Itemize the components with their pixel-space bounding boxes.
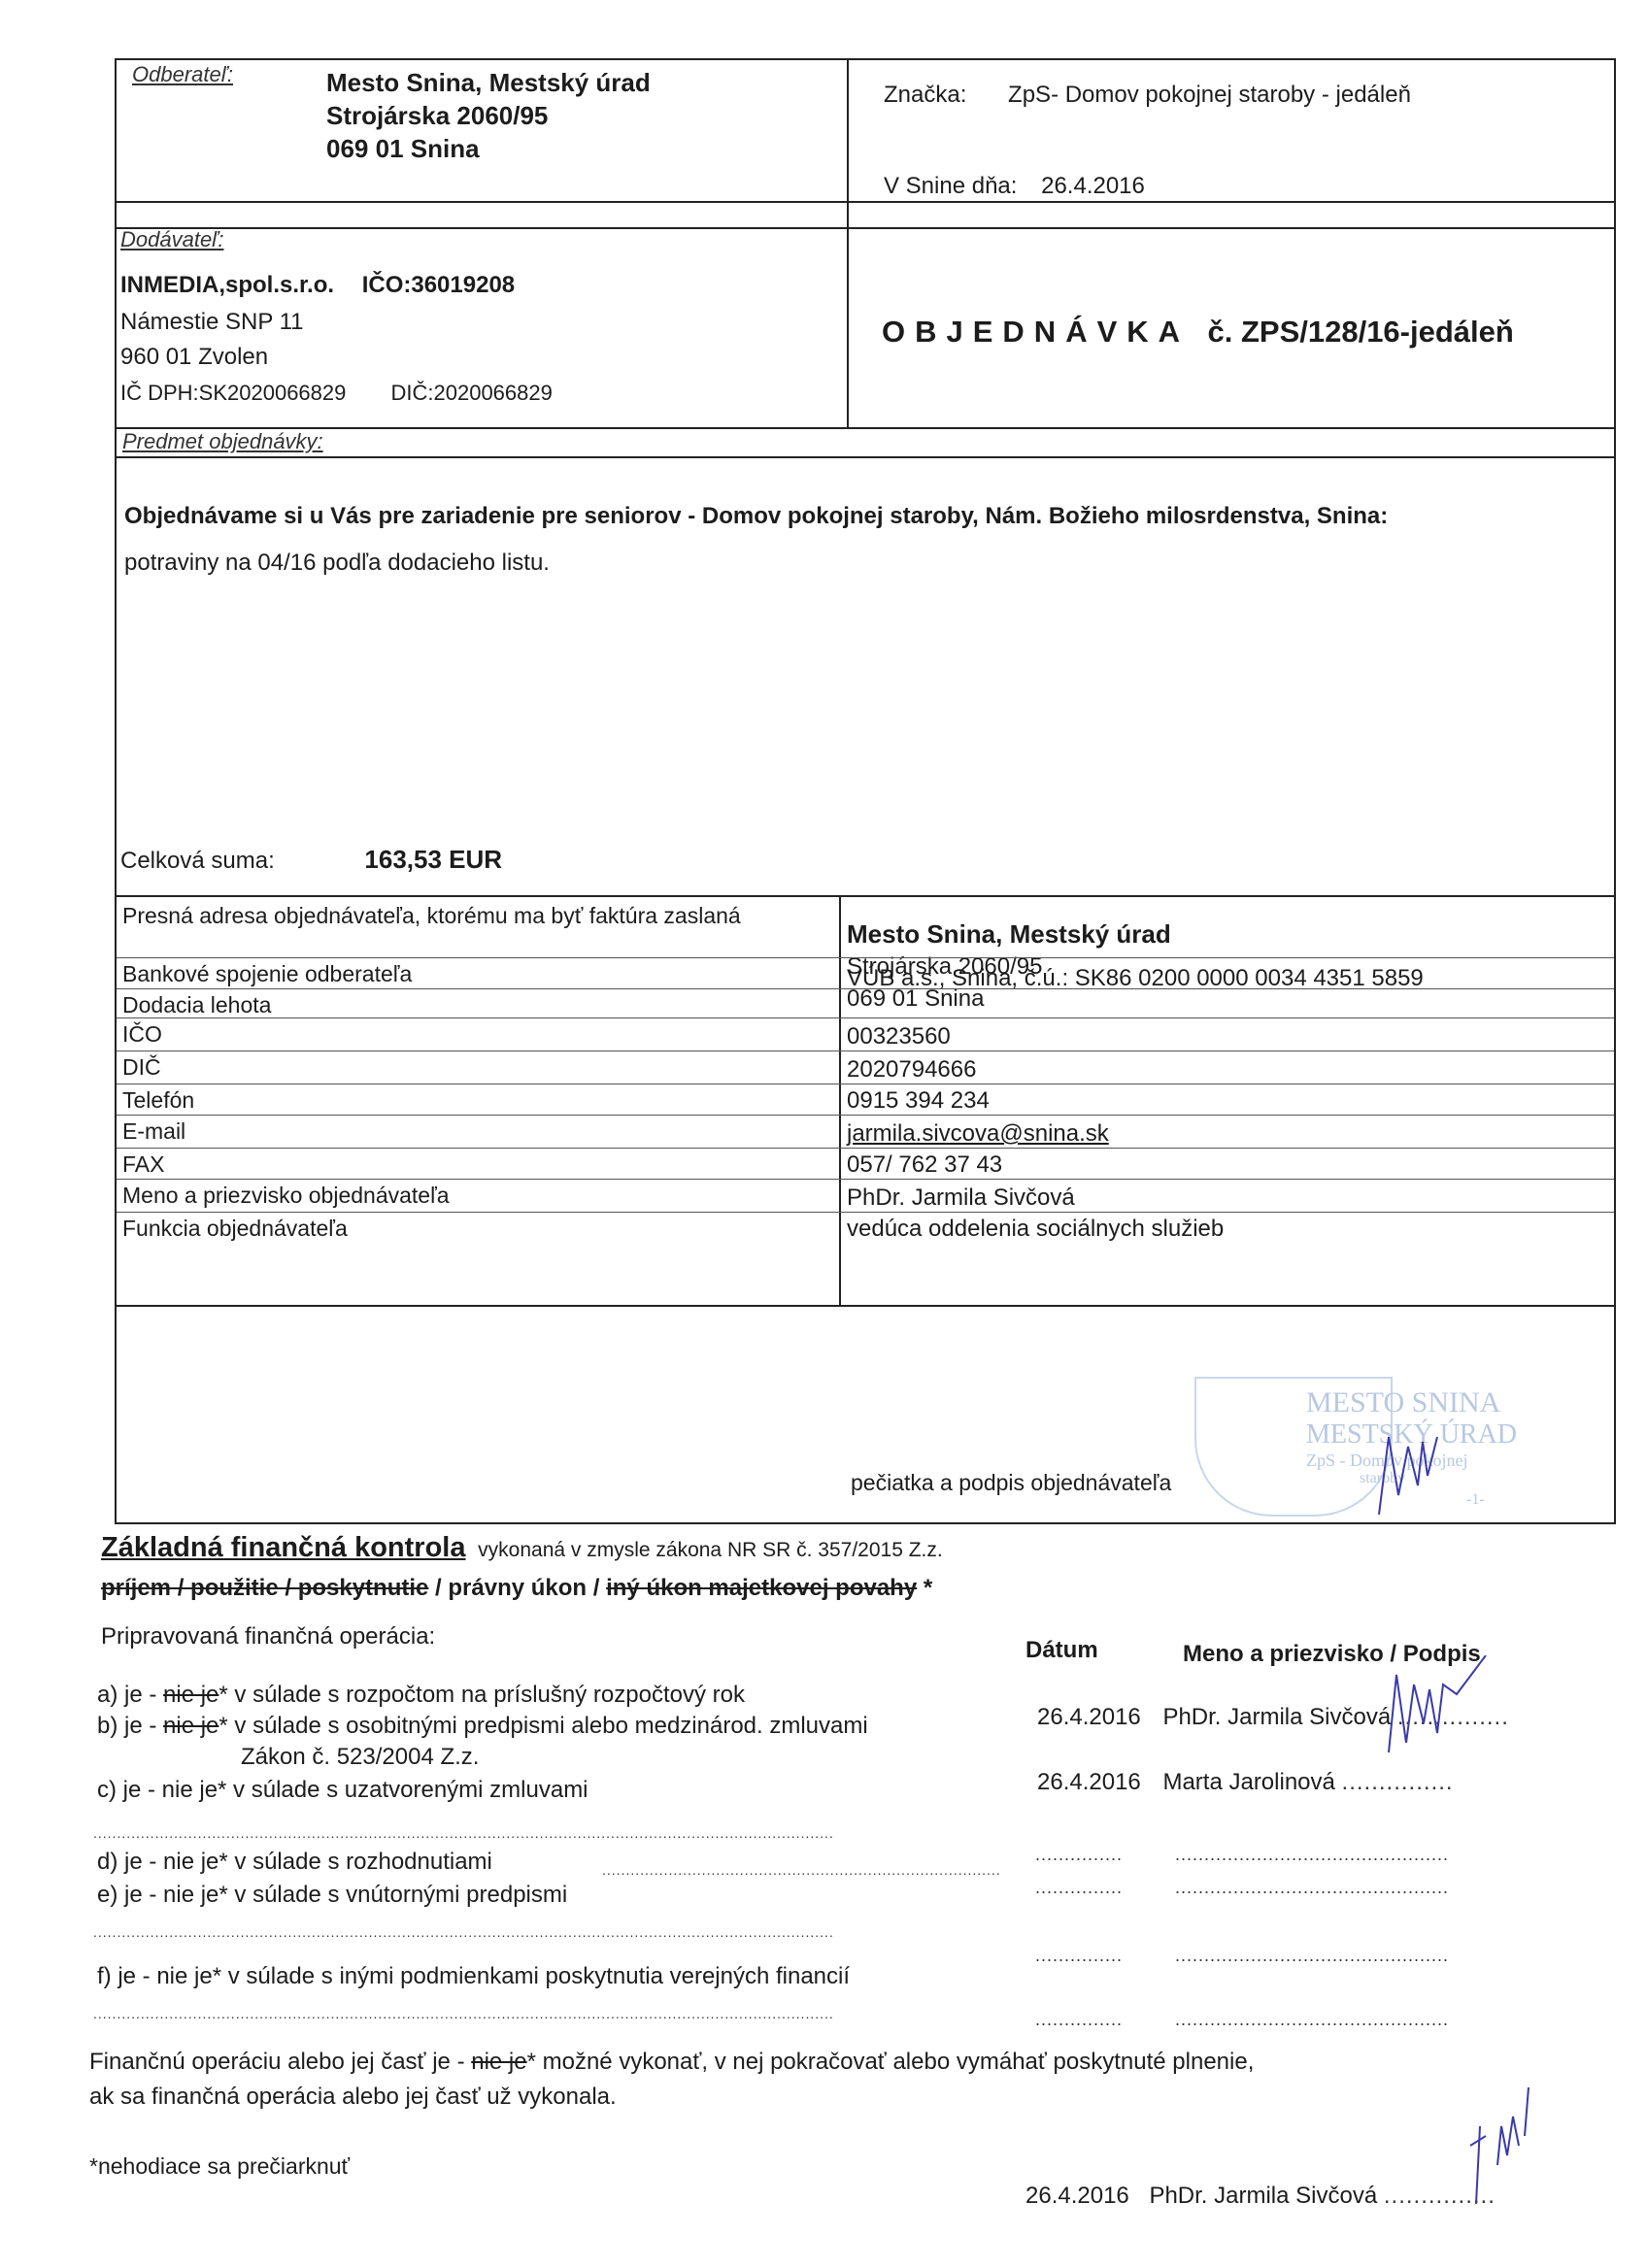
signer-name: PhDr. Jarmila Sivčová [1162,1704,1391,1730]
row-divider [117,1115,1614,1116]
detail-row-value: 057/ 762 37 43 [847,1151,1002,1179]
row-divider [117,957,1614,958]
total-field: Celková suma: 163,53 EUR [120,845,502,875]
dodavatel-city: 960 01 Zvolen [120,344,268,371]
detail-row-label: Funkcia objednávateľa [122,1216,348,1242]
name-placeholder: ........................................… [1175,2010,1449,2030]
detail-row-label: IČO [122,1021,162,1048]
name-placeholder: ........................................… [1175,1878,1449,1898]
operation-type-struck: iný úkon majetkovej povahy [606,1575,917,1601]
control-item: e) je - nie je* v súlade s vnútornými pr… [97,1882,567,1909]
control-item: Zákon č. 523/2004 Z.z. [241,1744,479,1771]
date-placeholder: ............... [1035,2010,1123,2030]
stamp-line: -1- [1466,1491,1485,1509]
signature-icon [1457,2087,1534,2214]
col-date-header: Dátum [1025,1637,1098,1664]
dodavatel-icdph: IČ DPH:SK2020066829 [120,381,346,405]
signature-icon [1369,1417,1447,1534]
control-item: b) je - nie je* v súlade s osobitnými pr… [97,1713,868,1740]
final-name: PhDr. Jarmila Sivčová [1149,2183,1377,2209]
subject-main: Objednávame si u Vás pre zariadenie pre … [124,503,1388,530]
stamp-line: MESTO SNINA [1306,1386,1500,1419]
order-number: č. ZPS/128/16-jedáleň [1207,315,1513,349]
operation-type-active: / právny úkon / [428,1575,606,1601]
detail-row-label: Telefón [122,1087,194,1114]
dodavatel-street: Námestie SNP 11 [120,309,304,336]
divider [117,427,1614,429]
odberatel-city: 069 01 Snina [326,132,651,165]
dotted-line: ........................................… [93,1924,996,1940]
divider [117,456,1614,458]
dotted-line: ........................................… [602,1862,1000,1878]
signer-name: Marta Jarolinová [1162,1769,1334,1795]
total-value: 163,53 EUR [364,845,502,874]
odberatel-address: Mesto Snina, Mestský úrad Strojárska 206… [326,66,651,165]
stamp-label: pečiatka a podpis objednávateľa [851,1470,1171,1496]
znacka-field: Značka: ZpS- Domov pokojnej staroby - je… [884,82,1411,109]
conclusion-line-2: ak sa finančná operácia alebo jej časť u… [89,2084,617,2111]
final-signer: 26.4.2016 PhDr. Jarmila Sivčová ........… [1025,2183,1496,2210]
dodavatel-dic: DIČ:2020066829 [391,381,553,405]
dodavatel-tax-line: IČ DPH:SK2020066829 DIČ:2020066829 [120,381,553,406]
row-divider [117,1084,1614,1084]
odberatel-name: Mesto Snina, Mestský úrad [326,66,651,99]
struck-option: nie je [163,1682,218,1708]
signer-date: 26.4.2016 [1037,1769,1141,1795]
divider [847,60,849,427]
final-date: 26.4.2016 [1025,2183,1129,2209]
odberatel-label: Odberateľ: [132,62,233,87]
name-placeholder: ........................................… [1175,1946,1449,1966]
date-value: 26.4.2016 [1041,173,1145,199]
detail-row-value: 0915 394 234 [847,1087,990,1115]
divider [117,201,1614,203]
control-heading: Základná finančná kontrola vykonaná v zm… [101,1532,943,1564]
dotted-line: ........................................… [93,1825,996,1841]
date-field: V Snine dňa: 26.4.2016 [884,173,1145,200]
footnote: *nehodiace sa prečiarknuť [89,2153,350,2180]
address-label: Presná adresa objednávateľa, ktorému ma … [122,903,741,929]
signer-2: 26.4.2016 Marta Jarolinová .............… [1037,1769,1454,1796]
operation-type: príjem / použitie / poskytnutie / právny… [101,1575,932,1602]
row-divider [117,1212,1614,1213]
detail-row-label: FAX [122,1151,164,1178]
divider [117,895,1614,897]
detail-row-label: Dodacia lehota [122,992,271,1018]
detail-row-label: Meno a priezvisko objednávateľa [122,1183,450,1209]
odberatel-street: Strojárska 2060/95 [326,99,651,132]
control-item: a) je - nie je* v súlade s rozpočtom na … [97,1682,745,1709]
znacka-value: ZpS- Domov pokojnej staroby - jedáleň [1008,82,1411,108]
signer-date: 26.4.2016 [1037,1704,1141,1730]
detail-row-value[interactable]: jarmila.sivcova@snina.sk [847,1120,1109,1148]
order-form: Odberateľ: Mesto Snina, Mestský úrad Str… [115,58,1616,1524]
conclusion-struck: nie je [471,2049,526,2075]
control-item: d) je - nie je* v súlade s rozhodnutiami [97,1849,492,1876]
dotted-line: ........................................… [93,2006,996,2021]
row-divider [117,1051,1614,1051]
operation-type-struck: príjem / použitie / poskytnutie [101,1575,428,1601]
date-placeholder: ............... [1035,1845,1123,1865]
struck-option: nie je [163,1713,218,1739]
order-title: OBJEDNÁVKA [882,315,1190,349]
dodavatel-ico: IČO:36019208 [362,272,515,298]
znacka-label: Značka: [884,82,966,108]
detail-row-value: vedúca oddelenia sociálnych služieb [847,1216,1224,1243]
control-title: Základná finančná kontrola [101,1532,465,1563]
subject-label: Predmet objednávky: [122,429,323,454]
control-item: f) je - nie je* v súlade s inými podmien… [97,1963,850,1990]
detail-row-value: 2020794666 [847,1056,976,1084]
dodavatel-name: INMEDIA,spol.s.r.o. [120,272,334,298]
total-label: Celková suma: [120,848,275,874]
divider [117,1305,1614,1307]
row-divider [117,988,1614,989]
subject-detail: potraviny na 04/16 podľa dodacieho listu… [124,550,550,577]
detail-row-label: E-mail [122,1118,185,1145]
divider [117,227,1614,229]
prepared-label: Pripravovaná finančná operácia: [101,1623,435,1651]
dodavatel-name-line: INMEDIA,spol.s.r.o. IČO:36019208 [120,272,515,299]
conclusion-line-1: Finančnú operáciu alebo jej časť je - ni… [89,2049,1254,2076]
row-divider [117,1179,1614,1180]
date-placeholder: ............... [1035,1878,1123,1898]
control-item: c) je - nie je* v súlade s uzatvorenými … [97,1777,588,1804]
row-divider [117,1017,1614,1018]
detail-row-label: Bankové spojenie odberateľa [122,961,412,987]
dodavatel-label: Dodávateľ: [120,227,223,252]
detail-row-label: DIČ [122,1054,161,1081]
name-placeholder: ........................................… [1175,1845,1449,1865]
control-title-suffix: vykonaná v zmysle zákona NR SR č. 357/20… [478,1539,943,1561]
date-label: V Snine dňa: [884,173,1017,199]
order-heading: OBJEDNÁVKA č. ZPS/128/16-jedáleň [882,315,1514,350]
invoice-name: Mesto Snina, Mestský úrad [847,918,1171,951]
detail-row-value: 00323560 [847,1023,951,1051]
detail-row-value: PhDr. Jarmila Sivčová [847,1184,1075,1212]
signature-icon [1379,1655,1496,1772]
date-placeholder: ............... [1035,1946,1123,1966]
row-divider [117,1148,1614,1149]
